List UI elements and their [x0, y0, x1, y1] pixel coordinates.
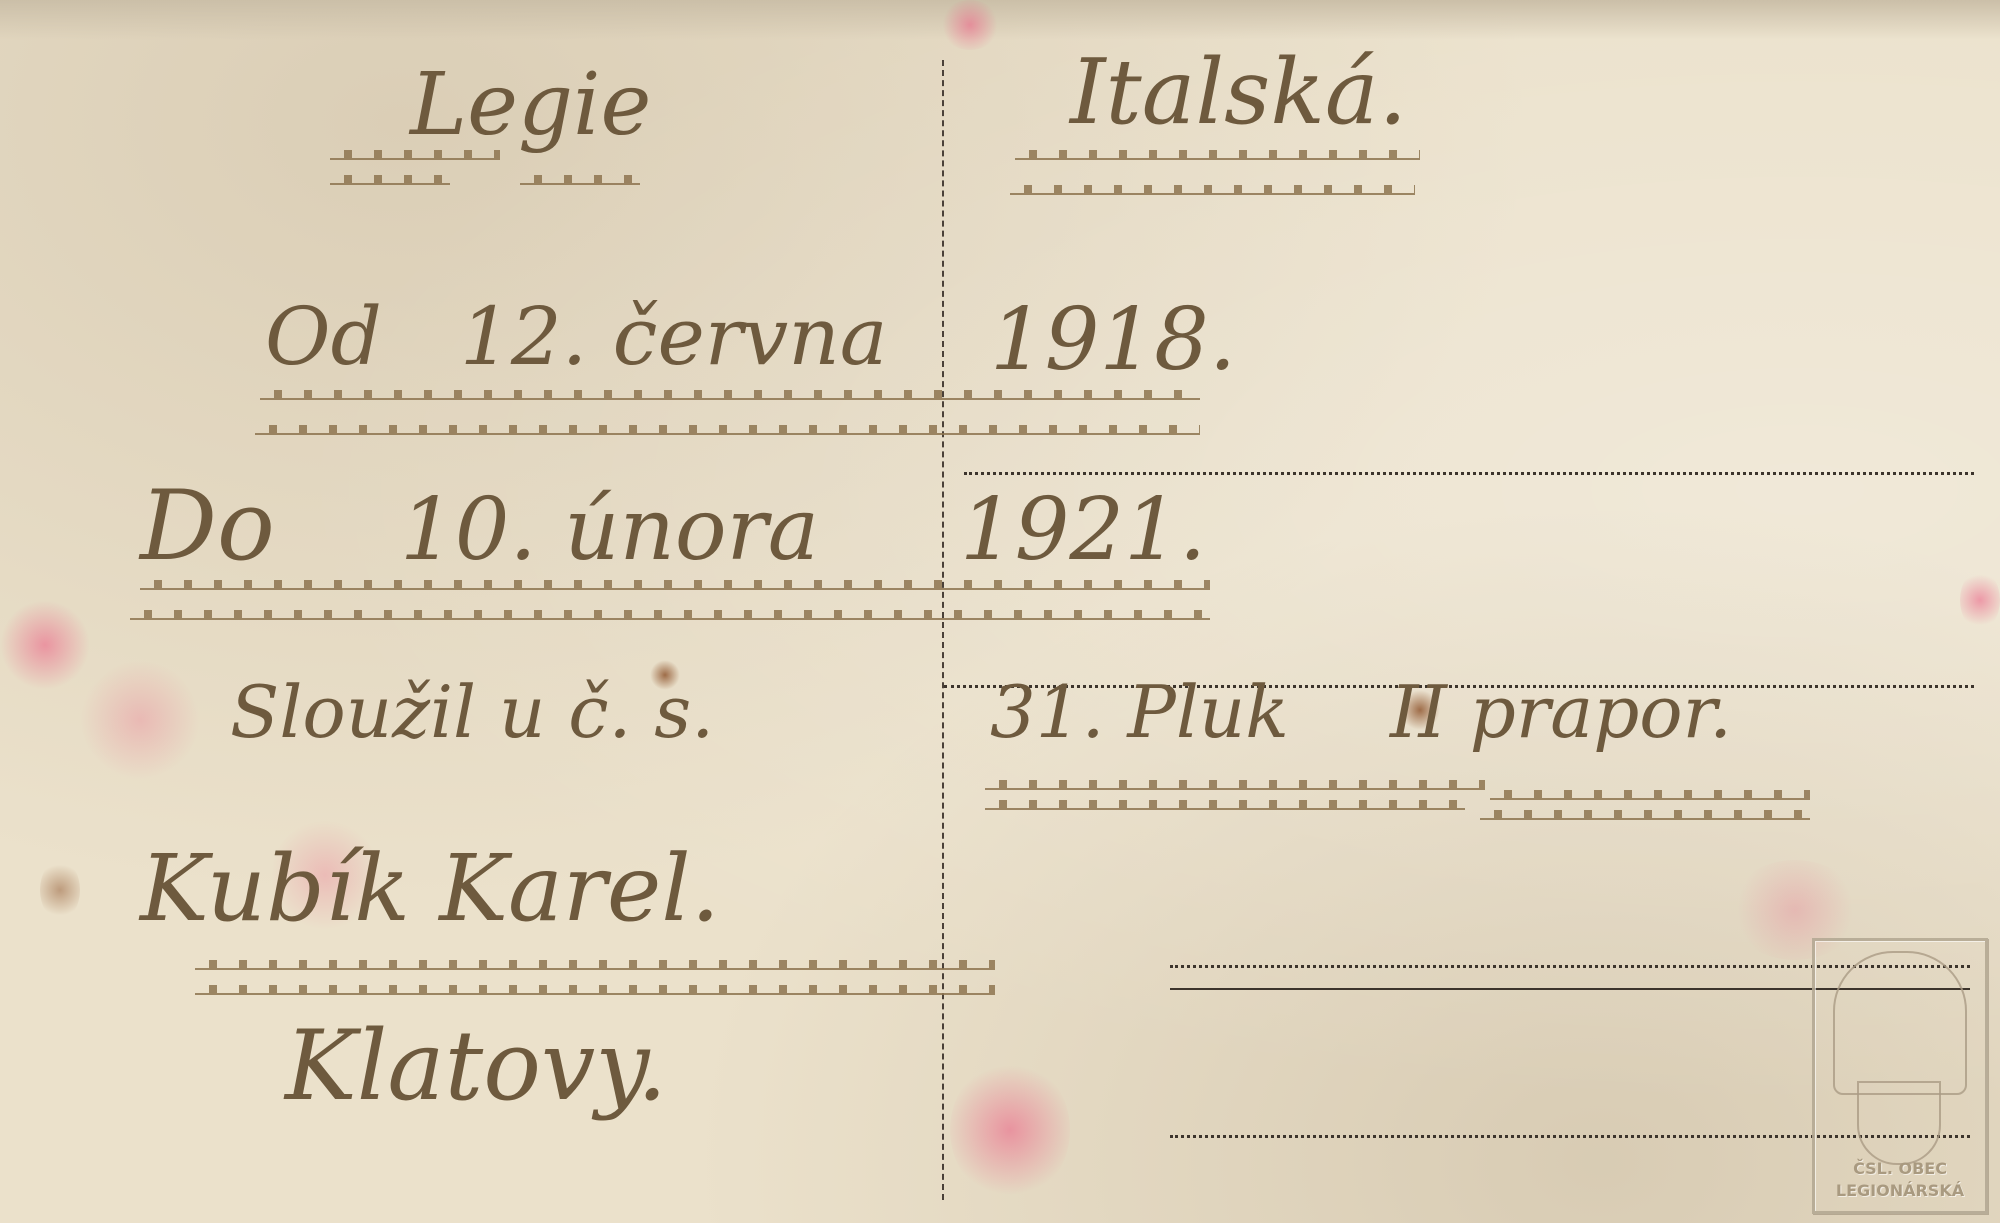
postcard-back: Legie Italská. Od 12. června 1918. Do 10… [0, 0, 2000, 1223]
flourish-underline [1480, 810, 1810, 820]
pink-stain [950, 1060, 1070, 1200]
flourish-underline [255, 425, 1200, 435]
flourish-underline [985, 800, 1465, 810]
legion-embossed-stamp: ČSL. OBEC LEGIONÁRSKÁ [1812, 938, 1988, 1214]
flourish-underline [195, 960, 995, 970]
flourish-underline [140, 580, 1210, 590]
top-discoloration [0, 0, 2000, 40]
from-prefix: Od [265, 290, 382, 383]
flourish-underline [130, 610, 1210, 620]
to-date: 10. února [400, 480, 819, 580]
served-text: Sloužil u č. s. [230, 670, 714, 754]
coat-of-arms-icon [1857, 1081, 1941, 1165]
rust-spot [40, 860, 80, 920]
pink-stain [940, 0, 1000, 50]
heading-italska: Italská. [1070, 40, 1407, 145]
center-divider-line [942, 60, 944, 1200]
flourish-underline [195, 985, 995, 995]
from-date: 12. června [460, 290, 887, 383]
stamp-label-line1: ČSL. OBEC [1815, 1159, 1985, 1178]
stamp-label-line2: LEGIONÁRSKÁ [1815, 1181, 1985, 1200]
from-year: 1918. [990, 290, 1236, 390]
flourish-underline [260, 390, 1200, 400]
soldier-name: Kubík Karel. [140, 835, 720, 942]
to-year: 1921. [960, 480, 1206, 580]
flourish-underline [985, 780, 1485, 790]
pink-stain [1960, 570, 2000, 630]
regiment: 31. Pluk [990, 670, 1289, 754]
pink-stain [80, 660, 200, 780]
flourish-underline [330, 150, 500, 160]
home-town: Klatovy. [285, 1010, 667, 1122]
flourish-underline [330, 175, 450, 185]
flourish-underline [1010, 185, 1415, 195]
pink-stain [0, 600, 90, 690]
flourish-underline [1490, 790, 1810, 800]
flourish-underline [1015, 150, 1420, 160]
battalion: II prapor. [1390, 670, 1732, 754]
to-prefix: Do [140, 470, 275, 582]
heading-legie: Legie [410, 55, 651, 155]
soldier-portrait-icon [1833, 951, 1967, 1095]
address-line [964, 472, 1974, 475]
flourish-underline [520, 175, 640, 185]
